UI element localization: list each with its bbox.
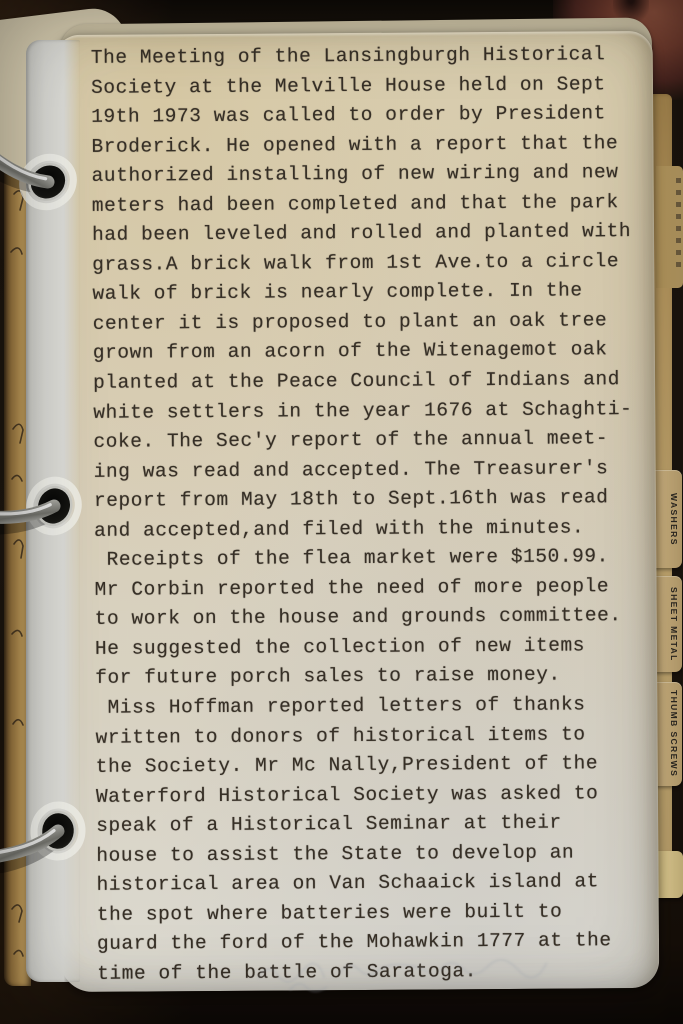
ghost-writing xyxy=(250,949,580,1000)
typed-line: walk of brick is nearly complete. In the xyxy=(92,276,646,309)
typed-line: house to assist the State to develop an xyxy=(96,838,650,871)
typed-line: center it is proposed to plant an oak tr… xyxy=(93,306,647,339)
typed-line: historical area on Van Schaaick island a… xyxy=(97,867,651,900)
typed-line: the spot where batteries were built to xyxy=(97,897,651,930)
typed-line: 19th 1973 was called to order by Preside… xyxy=(91,99,645,132)
typed-line: He suggested the collection of new items xyxy=(95,631,649,664)
typed-line: the Society. Mr Mc Nally,President of th… xyxy=(96,749,650,782)
typed-line: ing was read and accepted. The Treasurer… xyxy=(94,454,648,487)
typed-line: grass.A brick walk from 1st Ave.to a cir… xyxy=(92,247,646,280)
typed-line: speak of a Historical Seminar at their xyxy=(96,808,650,841)
clipped-tab-text xyxy=(676,178,681,274)
minutes-text: The Meeting of the Lansingburgh Historic… xyxy=(91,40,652,989)
typed-line: written to donors of historical items to xyxy=(95,720,649,753)
typed-line: meters had been completed and that the p… xyxy=(92,188,646,221)
typed-line: grown from an acorn of the Witenagemot o… xyxy=(93,335,647,368)
binder-ring xyxy=(0,789,104,883)
typed-line: had been leveled and rolled and planted … xyxy=(92,217,646,250)
typed-line: Receipts of the flea market were $150.99… xyxy=(94,542,648,575)
typed-line: coke. The Sec'y report of the annual mee… xyxy=(93,424,647,457)
index-tab-partial xyxy=(656,166,683,288)
typed-line: Society at the Melville House held on Se… xyxy=(91,70,645,103)
typed-line: for future porch sales to raise money. xyxy=(95,660,649,693)
typed-page: The Meeting of the Lansingburgh Historic… xyxy=(54,31,660,992)
typed-line: and accepted,and filed with the minutes. xyxy=(94,513,648,546)
typed-line: report from May 18th to Sept.16th was re… xyxy=(94,483,648,516)
tab-label: SHEET METAL xyxy=(669,580,680,668)
tab-label: WASHERS xyxy=(669,475,680,563)
typed-line: planted at the Peace Council of Indians … xyxy=(93,365,647,398)
tab-label: THUMB SCREWS xyxy=(669,690,680,778)
typed-line: The Meeting of the Lansingburgh Historic… xyxy=(91,40,645,73)
typed-line: white settlers in the year 1676 at Schag… xyxy=(93,395,647,428)
typed-line: to work on the house and grounds committ… xyxy=(95,601,649,634)
typed-line: authorized installing of new wiring and … xyxy=(92,158,646,191)
typed-line: Miss Hoffman reported letters of thanks xyxy=(95,690,649,723)
binder-photo: WASHERS SHEET METAL THUMB SCREWS The Mee… xyxy=(0,0,683,1024)
typed-line: Broderick. He opened with a report that … xyxy=(91,129,645,162)
typed-line: Mr Corbin reported the need of more peop… xyxy=(94,572,648,605)
typed-line: Waterford Historical Society was asked t… xyxy=(96,779,650,812)
